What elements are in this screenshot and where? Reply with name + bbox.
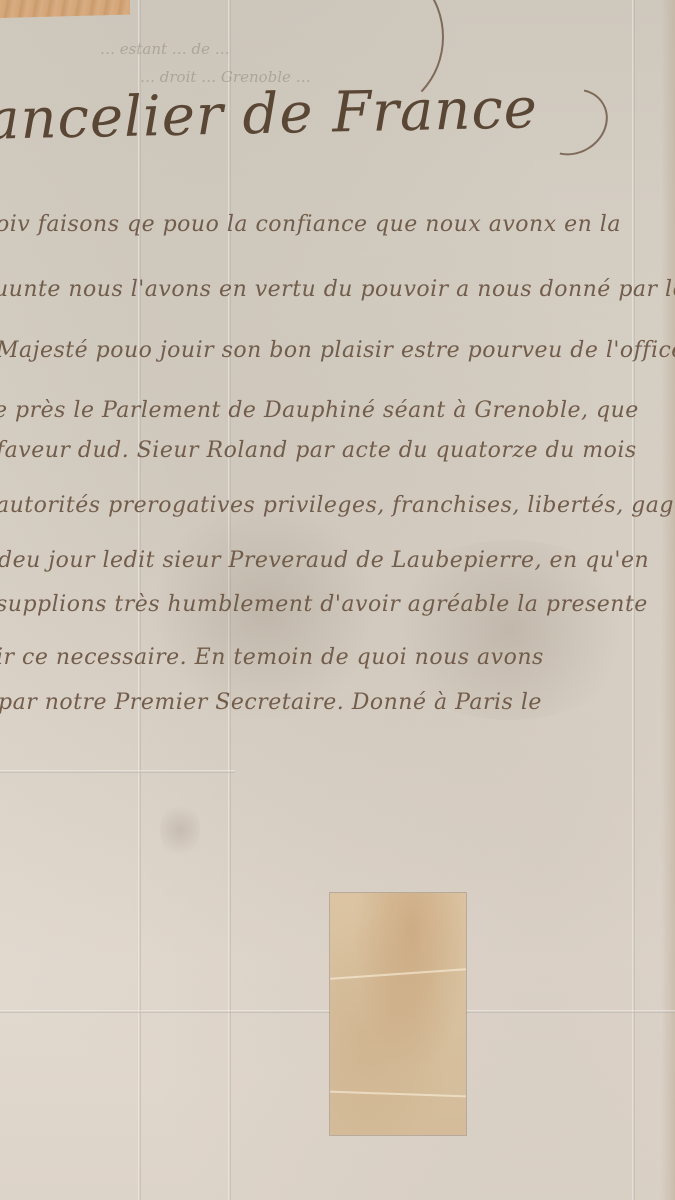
wooden-table-edge: [0, 0, 130, 18]
handwritten-line: e près le Parlement de Dauphiné séant à …: [0, 398, 639, 423]
document-heading: ancelier de France: [0, 76, 538, 153]
slip-crease: [330, 968, 466, 979]
slip-crease: [330, 1091, 466, 1098]
document-photo: … estant … de … … droit … Grenoble … anc…: [0, 0, 675, 1200]
handwritten-line: Majesté pouo jouir son bon plaisir estre…: [0, 338, 675, 363]
handwritten-line: uunte nous l'avons en vertu du pouvoir a…: [0, 277, 675, 302]
paper-stain: [160, 800, 200, 860]
heading-flourish: [524, 76, 620, 168]
attached-paper-slip: [330, 893, 466, 1135]
handwritten-line: autorités prerogatives privileges, franc…: [0, 493, 675, 518]
handwritten-line: supplions très humblement d'avoir agréab…: [0, 592, 648, 617]
handwritten-line: deu jour ledit sieur Preveraud de Laubep…: [0, 548, 649, 573]
table-shadow-right: [661, 0, 675, 1200]
horizontal-fold: [0, 770, 235, 773]
handwritten-line: par notre Premier Secretaire. Donné à Pa…: [0, 690, 542, 715]
handwritten-line: faveur dud. Sieur Roland par acte du qua…: [0, 438, 637, 463]
handwritten-line: oiv faisons qe pouo la confiance que nou…: [0, 212, 621, 237]
faint-bleedthrough-text: … estant … de …: [100, 40, 230, 58]
handwritten-line: ir ce necessaire. En temoin de quoi nous…: [0, 645, 544, 670]
